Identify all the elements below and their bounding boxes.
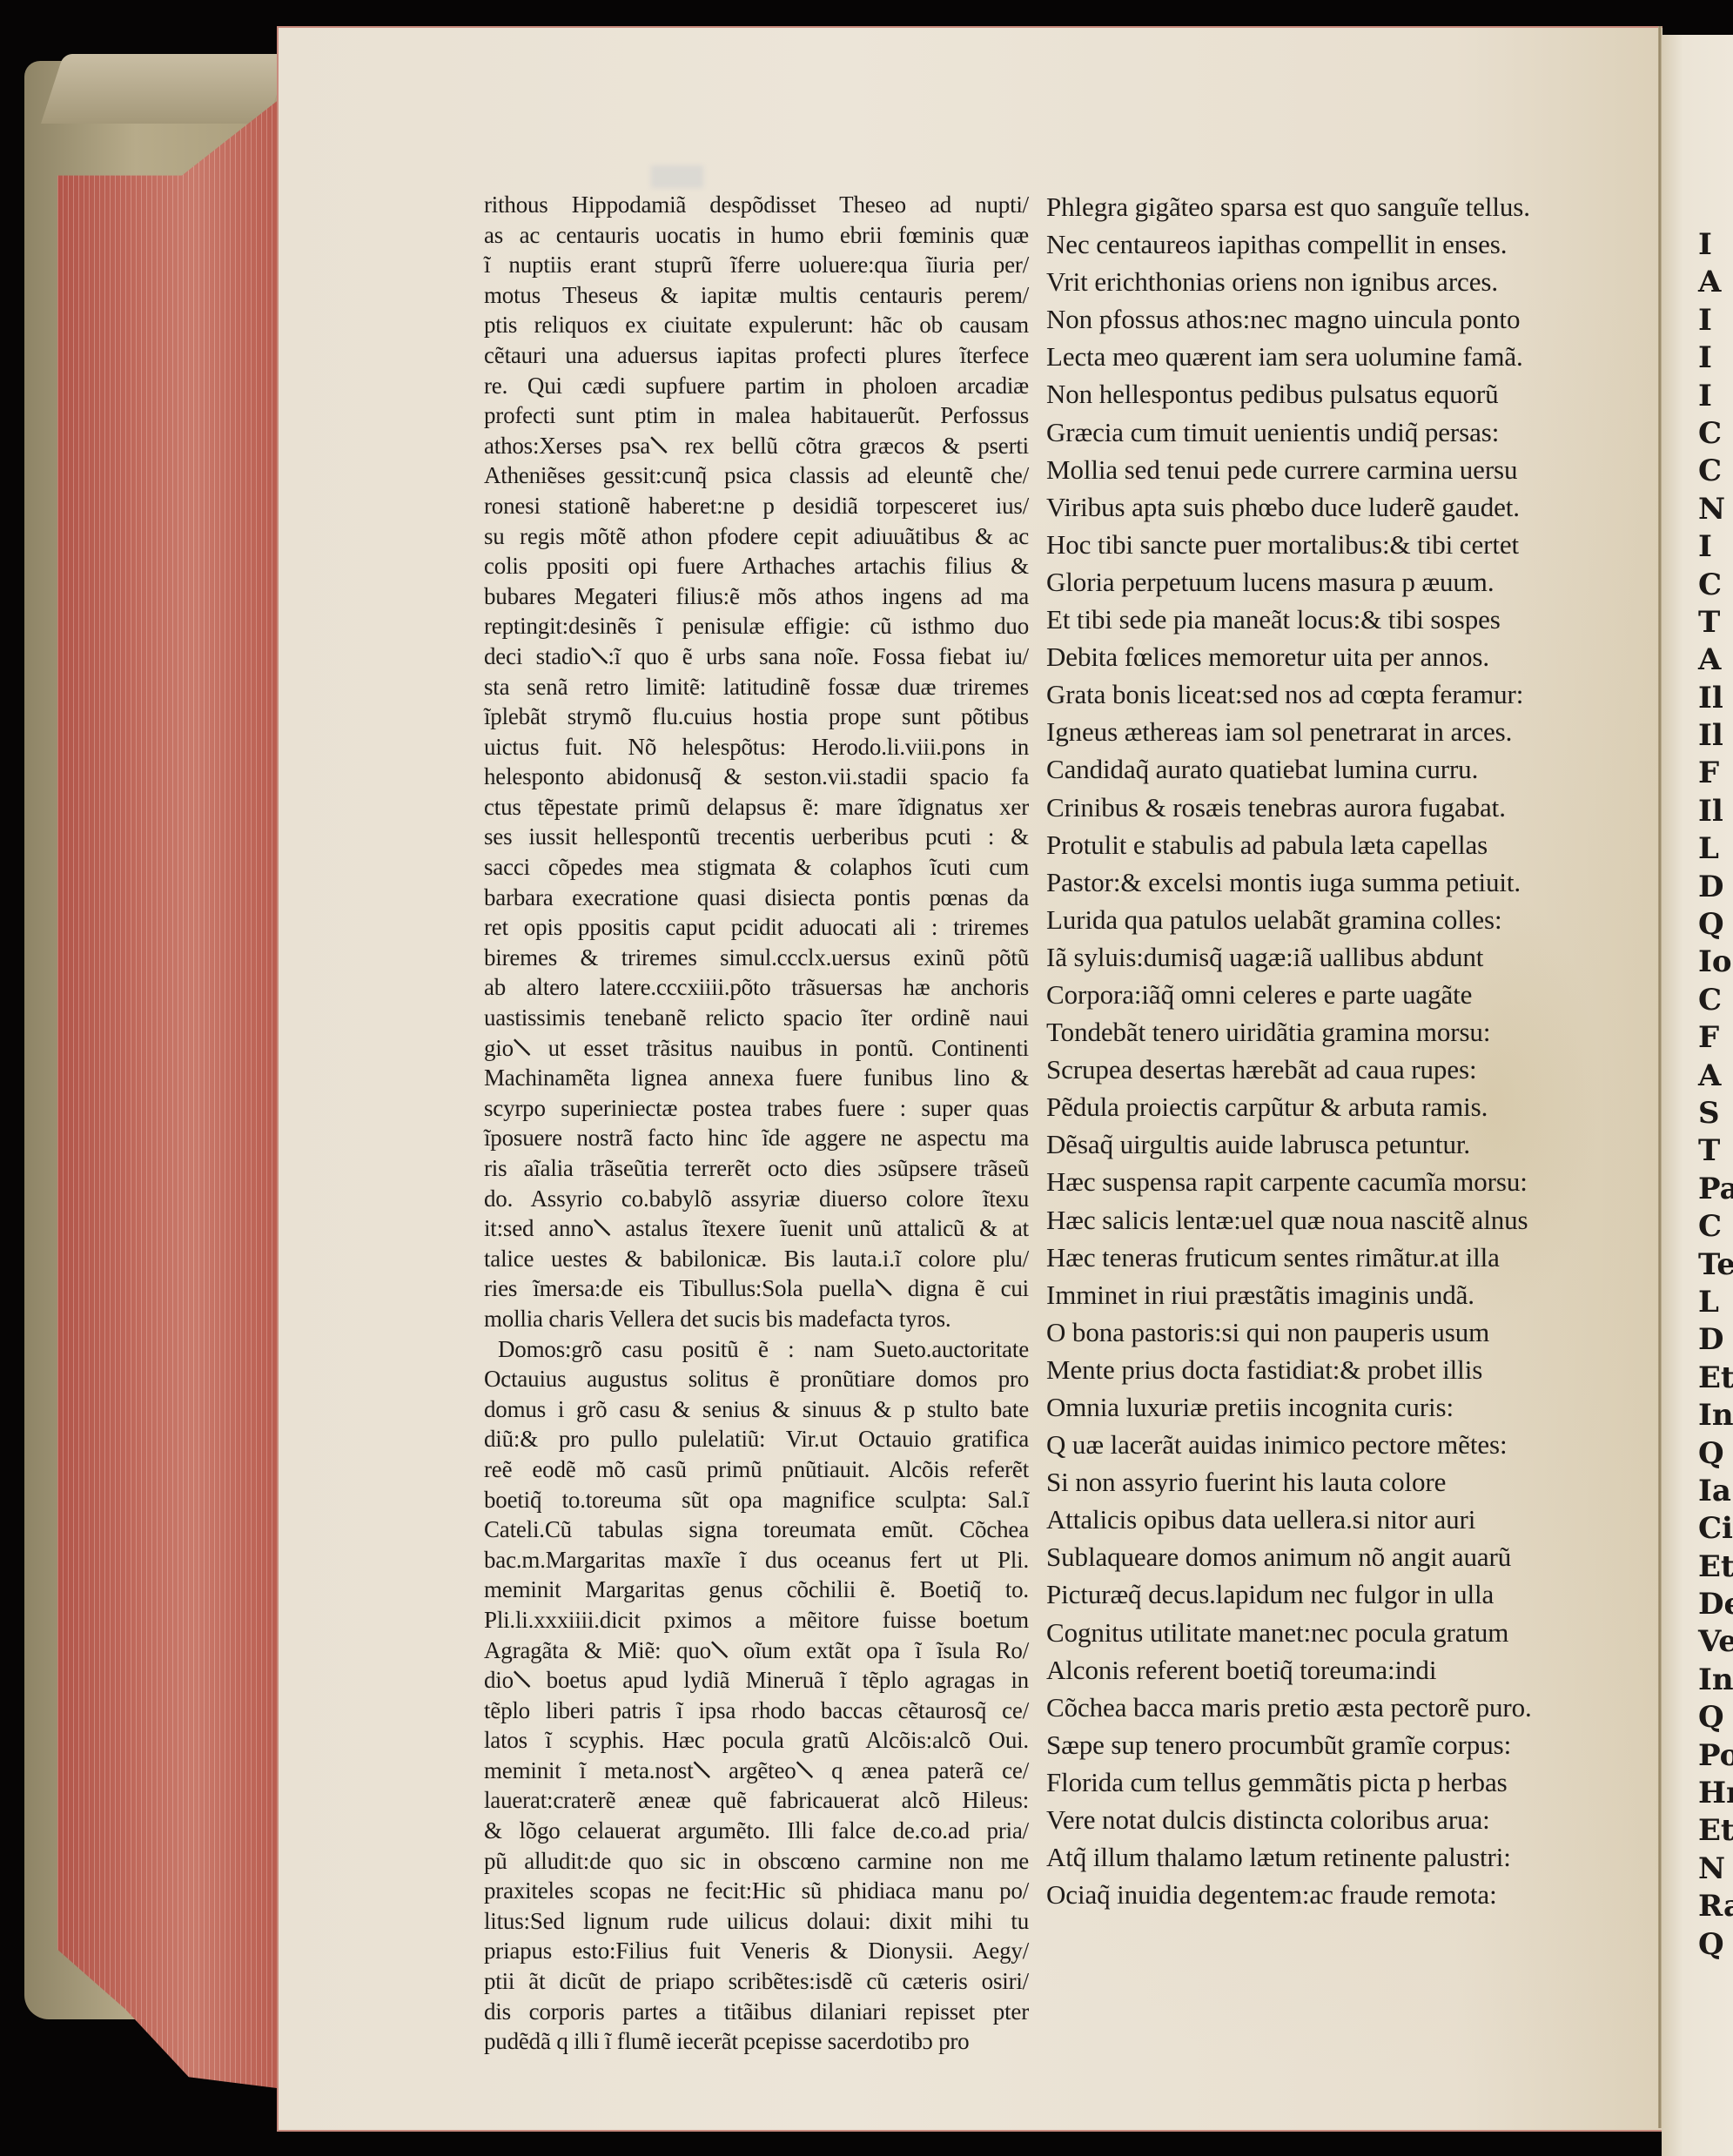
verse-line: Candidaq̃ aurato quatiebat lumina curru. bbox=[1046, 750, 1603, 788]
verse-line: Hæc suspensa rapit carpente cacumĩa mors… bbox=[1046, 1163, 1603, 1200]
verse-line: Si non assyrio fuerint his lauta colore bbox=[1046, 1463, 1603, 1501]
commentary-line: tẽplo liberi patris ĩ ipsa rhodo baccas … bbox=[484, 1696, 1029, 1726]
facing-line-initial: C bbox=[1698, 982, 1733, 1019]
commentary-line: Atheniẽses gessit:cunq̃ psica classis ad… bbox=[484, 460, 1029, 491]
commentary-line: ctus tẽpestate primũ delapsus ẽ: mare ĩd… bbox=[484, 792, 1029, 823]
commentary-line: pũ alludit:de quo sic in obscœno carmine… bbox=[484, 1846, 1029, 1877]
verse-line: Atq̃ illum thalamo lætum retinente palus… bbox=[1046, 1838, 1603, 1876]
facing-line-initial: Et bbox=[1698, 1360, 1733, 1397]
commentary-line: ret opis ppositis caput pcidit aduocati … bbox=[484, 912, 1029, 943]
commentary-line: Machinamẽta lignea annexa fuere funibus … bbox=[484, 1063, 1029, 1093]
commentary-line: cẽtauri una aduersus iapitas profecti pl… bbox=[484, 340, 1029, 371]
red-stained-page-edges bbox=[57, 96, 284, 2089]
verse-line: Mente prius docta fastidiat:& probet ill… bbox=[1046, 1351, 1603, 1388]
verse-line: Lecta meo quærent iam sera uolumine famã… bbox=[1046, 338, 1603, 375]
commentary-line: ses iussit hellespontũ trecentis uerberi… bbox=[484, 822, 1029, 852]
facing-line-initial: Il bbox=[1698, 680, 1733, 717]
verse-line: Nec centaureos iapithas compellit in ens… bbox=[1046, 225, 1603, 263]
commentary-line: ptii ãt dicũt de priapo scribẽtes:isdẽ c… bbox=[484, 1966, 1029, 1997]
verse-line: Cõchea bacca maris pretio æsta pectorẽ p… bbox=[1046, 1689, 1603, 1726]
verse-line: Crinibus & rosæis tenebras aurora fugaba… bbox=[1046, 789, 1603, 826]
verse-line: Alconis referent boetiq̃ toreuma:indi bbox=[1046, 1651, 1603, 1689]
commentary-line: athos:Xerses psa𝈻 rex bellũ cõtra græcos… bbox=[484, 431, 1029, 461]
commentary-line: praxiteles scopas ne fecit:Hic sũ phidia… bbox=[484, 1876, 1029, 1906]
commentary-line: dio𝈻 boetus apud lydiã Mineruã ĩ tẽplo a… bbox=[484, 1665, 1029, 1696]
facing-line-initial: Inf bbox=[1698, 1662, 1733, 1699]
verse-line: Hæc teneras fruticum sentes rimãtur.at i… bbox=[1046, 1239, 1603, 1276]
facing-page-initials: IAIIICCNICTAIlIlFIlLDQIoCFASTPaCTeLDEtIn… bbox=[1698, 226, 1733, 1964]
commentary-line: ab altero latere.cccxiiii.põto trãsuersa… bbox=[484, 972, 1029, 1003]
commentary-line: re. Qui cædi supfuere partim in pholoen … bbox=[484, 371, 1029, 401]
facing-line-initial: N bbox=[1698, 491, 1733, 528]
verse-line: Q uæ lacerãt auidas inimico pectore mẽte… bbox=[1046, 1426, 1603, 1463]
commentary-line: profecti sunt ptim in malea habitauerũt.… bbox=[484, 400, 1029, 431]
commentary-line: it:sed anno𝈻 astalus ĩtexere ĩuenit unũ … bbox=[484, 1213, 1029, 1244]
verse-line: Debita fœlices memoretur uita per annos. bbox=[1046, 638, 1603, 675]
facing-line-initial: C bbox=[1698, 567, 1733, 604]
facing-line-initial: L bbox=[1698, 1284, 1733, 1321]
verse-line: Vrit erichthonias oriens non ignibus arc… bbox=[1046, 263, 1603, 300]
facing-line-initial: C bbox=[1698, 453, 1733, 490]
verse-line: Viribus apta suis phœbo duce luderẽ gaud… bbox=[1046, 488, 1603, 526]
commentary-line: priapus esto:Filius fuit Veneris & Diony… bbox=[484, 1936, 1029, 1966]
commentary-line: reẽ eodẽ mõ casũ primũ pnũtiauit. Alcõis… bbox=[484, 1454, 1029, 1485]
facing-line-initial: A bbox=[1698, 641, 1733, 679]
facing-line-initial: Q bbox=[1698, 906, 1733, 944]
verse-line: Non hellespontus pedibus pulsatus equorũ bbox=[1046, 375, 1603, 413]
commentary-line: deci stadio𝈻:ĩ quo ẽ urbs sana noĩe. Fos… bbox=[484, 641, 1029, 672]
verse-line: Vere notat dulcis distincta coloribus ar… bbox=[1046, 1801, 1603, 1838]
verse-line: Grata bonis liceat:sed nos ad cœpta fera… bbox=[1046, 675, 1603, 713]
commentary-line: Cateli.Cũ tabulas signa toreumata emũt. … bbox=[484, 1515, 1029, 1545]
facing-line-initial: Q bbox=[1698, 1435, 1733, 1473]
facing-line-initial: C bbox=[1698, 415, 1733, 453]
commentary-line: boetiq̃ to.toreuma sũt opa magnifice scu… bbox=[484, 1485, 1029, 1515]
verse-line: O bona pastoris:si qui non pauperis usum bbox=[1046, 1313, 1603, 1351]
verse-column: Phlegra gigãteo sparsa est quo sanguĩe t… bbox=[1046, 188, 1603, 1913]
verse-line: Græcia cum timuit uenientis undiq̃ persa… bbox=[1046, 413, 1603, 451]
verse-line: Protulit e stabulis ad pabula læta capel… bbox=[1046, 826, 1603, 863]
facing-line-initial: Il bbox=[1698, 793, 1733, 830]
facing-line-initial: Ra bbox=[1698, 1888, 1733, 1925]
verse-line: Gloria perpetuum lucens masura p æuum. bbox=[1046, 563, 1603, 601]
facing-page-fragment: IAIIICCNICTAIlIlFIlLDQIoCFASTPaCTeLDEtIn… bbox=[1662, 35, 1733, 2156]
verse-line: Scrupea desertas hærebãt ad caua rupes: bbox=[1046, 1051, 1603, 1088]
commentary-line: bubares Megateri filius:ẽ mõs athos inge… bbox=[484, 581, 1029, 612]
commentary-line: ris aĩalia trãseũtia terrerẽt octo dies … bbox=[484, 1153, 1029, 1184]
facing-line-initial: L bbox=[1698, 830, 1733, 868]
commentary-line: talice uestes & babilonicæ. Bis lauta.i.… bbox=[484, 1244, 1029, 1274]
commentary-line: uictus fuit. Nõ helespõtus: Herodo.li.vi… bbox=[484, 732, 1029, 762]
facing-line-initial: C bbox=[1698, 1208, 1733, 1246]
facing-line-initial: F bbox=[1698, 1019, 1733, 1057]
faint-offset-mark bbox=[651, 165, 703, 188]
commentary-line: motus Theseus & iapitæ multis centauris … bbox=[484, 280, 1029, 311]
commentary-line: pudẽdã q illi ĩ flumẽ iecerãt pcepisse s… bbox=[484, 2026, 1029, 2057]
verse-line: Attalicis opibus data uellera.si nitor a… bbox=[1046, 1501, 1603, 1538]
verse-line: Et tibi sede pia maneãt locus:& tibi sos… bbox=[1046, 601, 1603, 638]
commentary-line: do. Assyrio co.babylõ assyriæ diuerso co… bbox=[484, 1184, 1029, 1214]
facing-line-initial: Il bbox=[1698, 717, 1733, 755]
commentary-line: reptingit:desinẽs ĩ penisulæ effigie: cũ… bbox=[484, 611, 1029, 641]
facing-line-initial: I bbox=[1698, 339, 1733, 377]
facing-line-initial: T bbox=[1698, 1132, 1733, 1170]
facing-line-initial: Et bbox=[1698, 1812, 1733, 1850]
commentary-line: rithous Hippodamiã despõdisset Theseo ad… bbox=[484, 190, 1029, 220]
vellum-cover-top bbox=[41, 54, 290, 124]
facing-line-initial: I bbox=[1698, 528, 1733, 566]
commentary-line: diũ:& pro pullo pulelatiũ: Vir.ut Octaui… bbox=[484, 1424, 1029, 1454]
verse-line: Hæc salicis lentæ:uel quæ noua nascitẽ a… bbox=[1046, 1201, 1603, 1239]
facing-line-initial: Hr bbox=[1698, 1775, 1733, 1812]
facing-line-initial: Ia bbox=[1698, 1473, 1733, 1510]
verse-line: Igneus æthereas iam sol penetrarat in ar… bbox=[1046, 713, 1603, 750]
facing-line-initial: Q bbox=[1698, 1699, 1733, 1736]
verse-line: Sublaqueare domos animum nõ angit auarũ bbox=[1046, 1538, 1603, 1575]
commentary-line: meminit ĩ meta.nost𝈻 argẽteo𝈻 q ænea pat… bbox=[484, 1756, 1029, 1786]
facing-line-initial: Te bbox=[1698, 1246, 1733, 1284]
commentary-line: latos ĩ scyphis. Hæc pocula gratũ Alcõis… bbox=[484, 1725, 1029, 1756]
verse-line: Lurida qua patulos uelabãt gramina colle… bbox=[1046, 901, 1603, 938]
verse-line: Tondebãt tenero uiridãtia gramina morsu: bbox=[1046, 1013, 1603, 1051]
facing-line-initial: D bbox=[1698, 1321, 1733, 1359]
commentary-line: gio𝈻 ut esset trãsitus nauibus in pontũ.… bbox=[484, 1033, 1029, 1064]
commentary-line: dis corporis partes a titãibus dilaniari… bbox=[484, 1997, 1029, 2027]
facing-line-initial: Et bbox=[1698, 1548, 1733, 1586]
commentary-line: ries ĩmersa:de eis Tibullus:Sola puella𝈻… bbox=[484, 1273, 1029, 1304]
verse-line: Iã syluis:dumisq̃ uagæ:iã uallibus abdun… bbox=[1046, 938, 1603, 976]
facing-line-initial: I bbox=[1698, 378, 1733, 415]
verse-line: Dẽsaq̃ uirgultis auide labrusca petuntur… bbox=[1046, 1125, 1603, 1163]
commentary-line: lauerat:craterẽ æneæ quẽ fabricauerat al… bbox=[484, 1785, 1029, 1816]
facing-line-initial: N bbox=[1698, 1850, 1733, 1888]
commentary-line: Pli.li.xxxiiii.dicit pximos a mẽitore fu… bbox=[484, 1605, 1029, 1635]
commentary-line: ronesi stationẽ haberet:ne p desidiã tor… bbox=[484, 491, 1029, 521]
facing-line-initial: Pa bbox=[1698, 1171, 1733, 1208]
verse-line: Florida cum tellus gemmãtis picta p herb… bbox=[1046, 1763, 1603, 1801]
verse-line: Cognitus utilitate manet:nec pocula grat… bbox=[1046, 1614, 1603, 1651]
commentary-line: ptis reliquos ex ciuitate expulerunt: hã… bbox=[484, 310, 1029, 340]
commentary-line: colis ppositi opi fuere Arthaches artach… bbox=[484, 551, 1029, 581]
verse-line: Hoc tibi sancte puer mortalibus:& tibi c… bbox=[1046, 526, 1603, 563]
facing-line-initial: T bbox=[1698, 604, 1733, 641]
facing-line-initial: A bbox=[1698, 1058, 1733, 1095]
commentary-line: as ac centauris uocatis in humo ebrii fœ… bbox=[484, 220, 1029, 251]
commentary-line: meminit Margaritas genus cõchilii ẽ. Boe… bbox=[484, 1575, 1029, 1605]
commentary-line: Octauius augustus solitus ẽ pronũtiare d… bbox=[484, 1364, 1029, 1394]
commentary-column: rithous Hippodamiã despõdisset Theseo ad… bbox=[484, 190, 1029, 2057]
facing-line-initial: I bbox=[1698, 302, 1733, 339]
commentary-line: barbara execratione quasi disiecta ponti… bbox=[484, 883, 1029, 913]
facing-line-initial: Ve bbox=[1698, 1623, 1733, 1661]
commentary-line: ĩ nuptiis erant stuprũ ĩferre uoluere:qu… bbox=[484, 250, 1029, 280]
commentary-line: ĩposuere nostrã facto hinc ĩde aggere ne… bbox=[484, 1123, 1029, 1153]
facing-line-initial: Po bbox=[1698, 1737, 1733, 1775]
verse-line: Non pfossus athos:nec magno uincula pont… bbox=[1046, 300, 1603, 338]
facing-line-initial: Ci bbox=[1698, 1510, 1733, 1548]
verse-line: Mollia sed tenui pede currere carmina ue… bbox=[1046, 451, 1603, 488]
facing-line-initial: I bbox=[1698, 226, 1733, 264]
verse-line: Sæpe sup tenero procumbũt gramĩe corpus: bbox=[1046, 1726, 1603, 1763]
verse-line: Pẽdula proiectis carpũtur & arbuta ramis… bbox=[1046, 1088, 1603, 1125]
commentary-line: su regis mõtẽ athon pfodere cepit adiuuã… bbox=[484, 521, 1029, 552]
facing-line-initial: Q bbox=[1698, 1926, 1733, 1964]
commentary-line: bac.m.Margaritas maxĩe ĩ dus oceanus fer… bbox=[484, 1545, 1029, 1575]
verse-line: Ociaq̃ inuidia degentem:ac fraude remota… bbox=[1046, 1876, 1603, 1913]
facing-line-initial: In bbox=[1698, 1397, 1733, 1434]
facing-line-initial: S bbox=[1698, 1095, 1733, 1132]
commentary-line: Domos:grõ casu positũ ẽ : nam Sueto.auct… bbox=[484, 1334, 1029, 1365]
facing-line-initial: Io bbox=[1698, 944, 1733, 981]
facing-line-initial: De bbox=[1698, 1586, 1733, 1623]
verse-line: Picturæq̃ decus.lapidum nec fulgor in ul… bbox=[1046, 1575, 1603, 1613]
verse-line: Omnia luxuriæ pretiis incognita curis: bbox=[1046, 1388, 1603, 1426]
commentary-line: mollia charis Vellera det sucis bis made… bbox=[484, 1304, 1029, 1334]
verse-line: Pastor:& excelsi montis iuga summa petiu… bbox=[1046, 863, 1603, 901]
commentary-line: domus i grõ casu & senius & sinuus & p s… bbox=[484, 1394, 1029, 1425]
commentary-line: ĩplebãt strymõ flu.cuius hostia prope su… bbox=[484, 702, 1029, 732]
commentary-line: scyrpo superiniectæ postea trabes fuere … bbox=[484, 1093, 1029, 1124]
commentary-line: uastissimis tenebanẽ relicto spacio ĩter… bbox=[484, 1003, 1029, 1033]
commentary-line: sacci cõpedes mea stigmata & colaphos ĩc… bbox=[484, 852, 1029, 883]
facing-line-initial: F bbox=[1698, 755, 1733, 792]
commentary-line: sta senã retro limitẽ: latitudinẽ fossæ … bbox=[484, 672, 1029, 702]
verse-line: Phlegra gigãteo sparsa est quo sanguĩe t… bbox=[1046, 188, 1603, 225]
commentary-line: biremes & triremes simul.ccclx.uersus ex… bbox=[484, 943, 1029, 973]
commentary-line: helesponto abidonusq̃ & seston.vii.stadi… bbox=[484, 762, 1029, 792]
commentary-line: litus:Sed lignum rude uilicus dolaui: di… bbox=[484, 1906, 1029, 1937]
facing-line-initial: D bbox=[1698, 869, 1733, 906]
commentary-line: Agragãta & Miẽ: quo𝈻 oĩum extãt opa ĩ ĩs… bbox=[484, 1635, 1029, 1666]
commentary-line: & lõgo celauerat argumẽto. Illi falce de… bbox=[484, 1816, 1029, 1846]
verse-line: Corpora:iãq̃ omni celeres e parte uagãte bbox=[1046, 976, 1603, 1013]
verse-line: Imminet in riui præstãtis imaginis undã. bbox=[1046, 1276, 1603, 1313]
facing-line-initial: A bbox=[1698, 264, 1733, 301]
